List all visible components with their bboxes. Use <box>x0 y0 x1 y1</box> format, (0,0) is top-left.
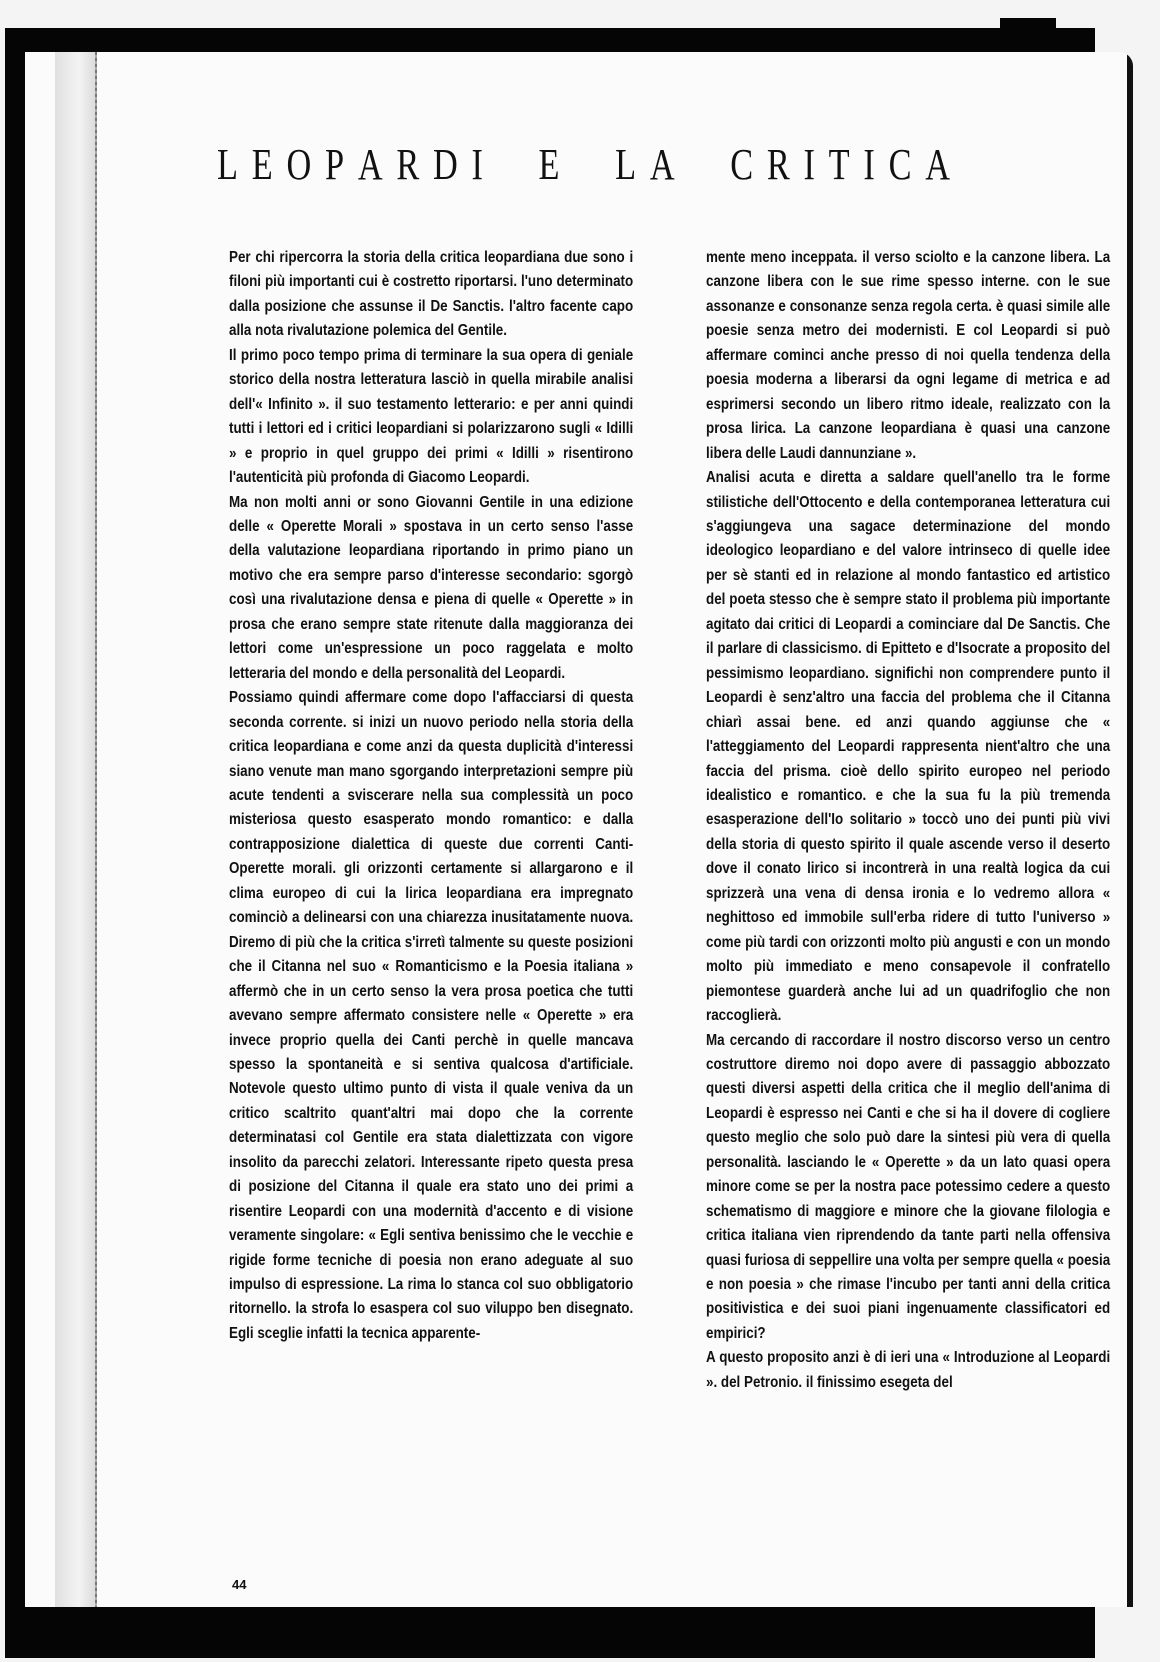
paragraph: Ma cercando di raccordare il nostro disc… <box>706 1029 1110 1347</box>
title-letter: O <box>286 139 311 190</box>
title-letter: R <box>396 139 419 190</box>
paragraph: Analisi acuta e diretta a saldare quell'… <box>706 466 1110 1028</box>
text-column-left: Per chi ripercorra la storia della criti… <box>229 246 635 1346</box>
title-letter: L <box>217 139 238 190</box>
title-letter: I <box>472 139 483 190</box>
article-title: L E O P A R D I E L A C R I T I C A <box>217 139 950 190</box>
title-letter: R <box>767 139 790 190</box>
page-right-edge <box>1127 52 1133 1607</box>
title-letter: L <box>615 139 636 190</box>
page-number: 44 <box>232 1577 246 1592</box>
paragraph: Il primo poco tempo prima di terminare l… <box>229 344 633 491</box>
paragraph: Per chi ripercorra la storia della criti… <box>229 246 633 344</box>
title-letter: A <box>925 139 950 190</box>
scan-border-tab <box>1000 18 1056 48</box>
paragraph: mente meno inceppata. il verso sciolto e… <box>706 246 1110 466</box>
binding-edge <box>95 52 97 1607</box>
title-letter: T <box>829 139 850 190</box>
title-letter: D <box>433 139 458 190</box>
binding-shadow <box>55 52 95 1607</box>
title-letter: C <box>889 139 912 190</box>
paragraph: Possiamo quindi affermare come dopo l'af… <box>229 686 633 1346</box>
title-letter: E <box>539 139 560 190</box>
title-letter: A <box>358 139 383 190</box>
title-letter: I <box>803 139 814 190</box>
title-letter: P <box>325 139 344 190</box>
paragraph: A questo proposito anzi è di ieri una « … <box>706 1346 1110 1395</box>
paragraph: Ma non molti anni or sono Giovanni Genti… <box>229 491 633 687</box>
text-column-right: mente meno inceppata. il verso sciolto e… <box>706 246 1110 1395</box>
title-letter: E <box>252 139 273 190</box>
title-letter: A <box>650 139 675 190</box>
title-letter: C <box>730 139 753 190</box>
title-letter: I <box>863 139 874 190</box>
